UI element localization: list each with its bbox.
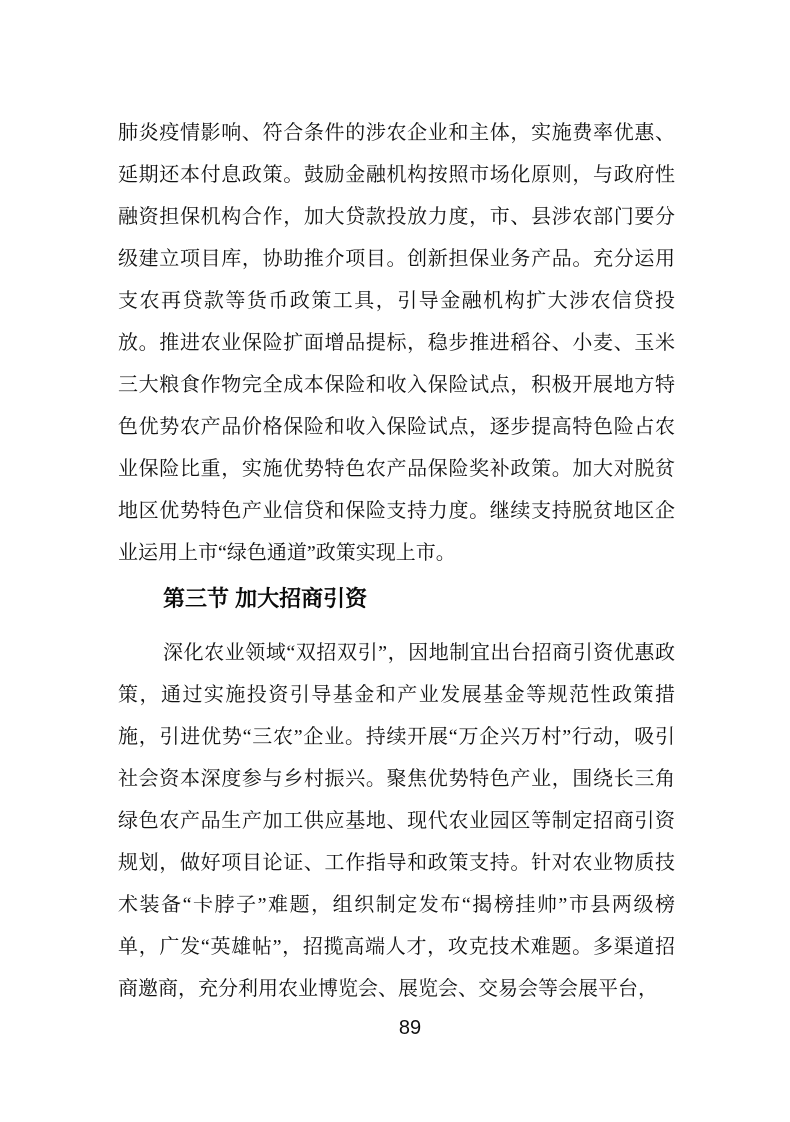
paragraph1-line: 业保险比重，实施优势特色农产品保险奖补政策。加大对脱贫 [118,448,675,490]
body-text: 肺炎疫情影响、符合条件的涉农企业和主体，实施费率优惠、 延期还本付息政策。鼓励金… [118,112,675,1010]
paragraph2-line: 施，引进优势“三农”企业。持续开展“万企兴万村”行动，吸引 [118,716,675,758]
section-heading: 第三节 加大招商引资 [118,578,675,620]
paragraph2-line: 社会资本深度参与乡村振兴。聚焦优势特色产业，围绕长三角 [118,758,675,800]
document-page: 肺炎疫情影响、符合条件的涉农企业和主体，实施费率优惠、 延期还本付息政策。鼓励金… [0,0,790,1122]
paragraph1-line: 地区优势特色产业信贷和保险支持力度。继续支持脱贫地区企 [118,490,675,532]
paragraph1-line: 支农再贷款等货币政策工具，引导金融机构扩大涉农信贷投 [118,280,675,322]
paragraph2-line: 术装备“卡脖子”难题，组织制定发布“揭榜挂帅”市县两级榜 [118,884,675,926]
paragraph1-line: 肺炎疫情影响、符合条件的涉农企业和主体，实施费率优惠、 [118,112,675,154]
paragraph2-line: 深化农业领域“双招双引”，因地制宜出台招商引资优惠政 [118,632,675,674]
paragraph1-line: 延期还本付息政策。鼓励金融机构按照市场化原则，与政府性 [118,154,675,196]
paragraph1-line: 融资担保机构合作，加大贷款投放力度，市、县涉农部门要分 [118,196,675,238]
paragraph1-line: 色优势农产品价格保险和收入保险试点，逐步提高特色险占农 [118,406,675,448]
paragraph1-line: 级建立项目库，协助推介项目。创新担保业务产品。充分运用 [118,238,675,280]
paragraph2-line: 绿色农产品生产加工供应基地、现代农业园区等制定招商引资 [118,800,675,842]
paragraph2-line: 策，通过实施投资引导基金和产业发展基金等规范性政策措 [118,674,675,716]
paragraph1-line: 业运用上市“绿色通道”政策实现上市。 [118,532,675,574]
paragraph2-line: 规划，做好项目论证、工作指导和政策支持。针对农业物质技 [118,842,675,884]
paragraph1-line: 放。推进农业保险扩面增品提标，稳步推进稻谷、小麦、玉米 [118,322,675,364]
paragraph2-line: 商邀商，充分利用农业博览会、展览会、交易会等会展平台， [118,968,675,1010]
paragraph2-line: 单，广发“英雄帖”，招揽高端人才，攻克技术难题。多渠道招 [118,926,675,968]
paragraph1-line: 三大粮食作物完全成本保险和收入保险试点，积极开展地方特 [118,364,675,406]
page-number: 89 [15,1016,790,1040]
